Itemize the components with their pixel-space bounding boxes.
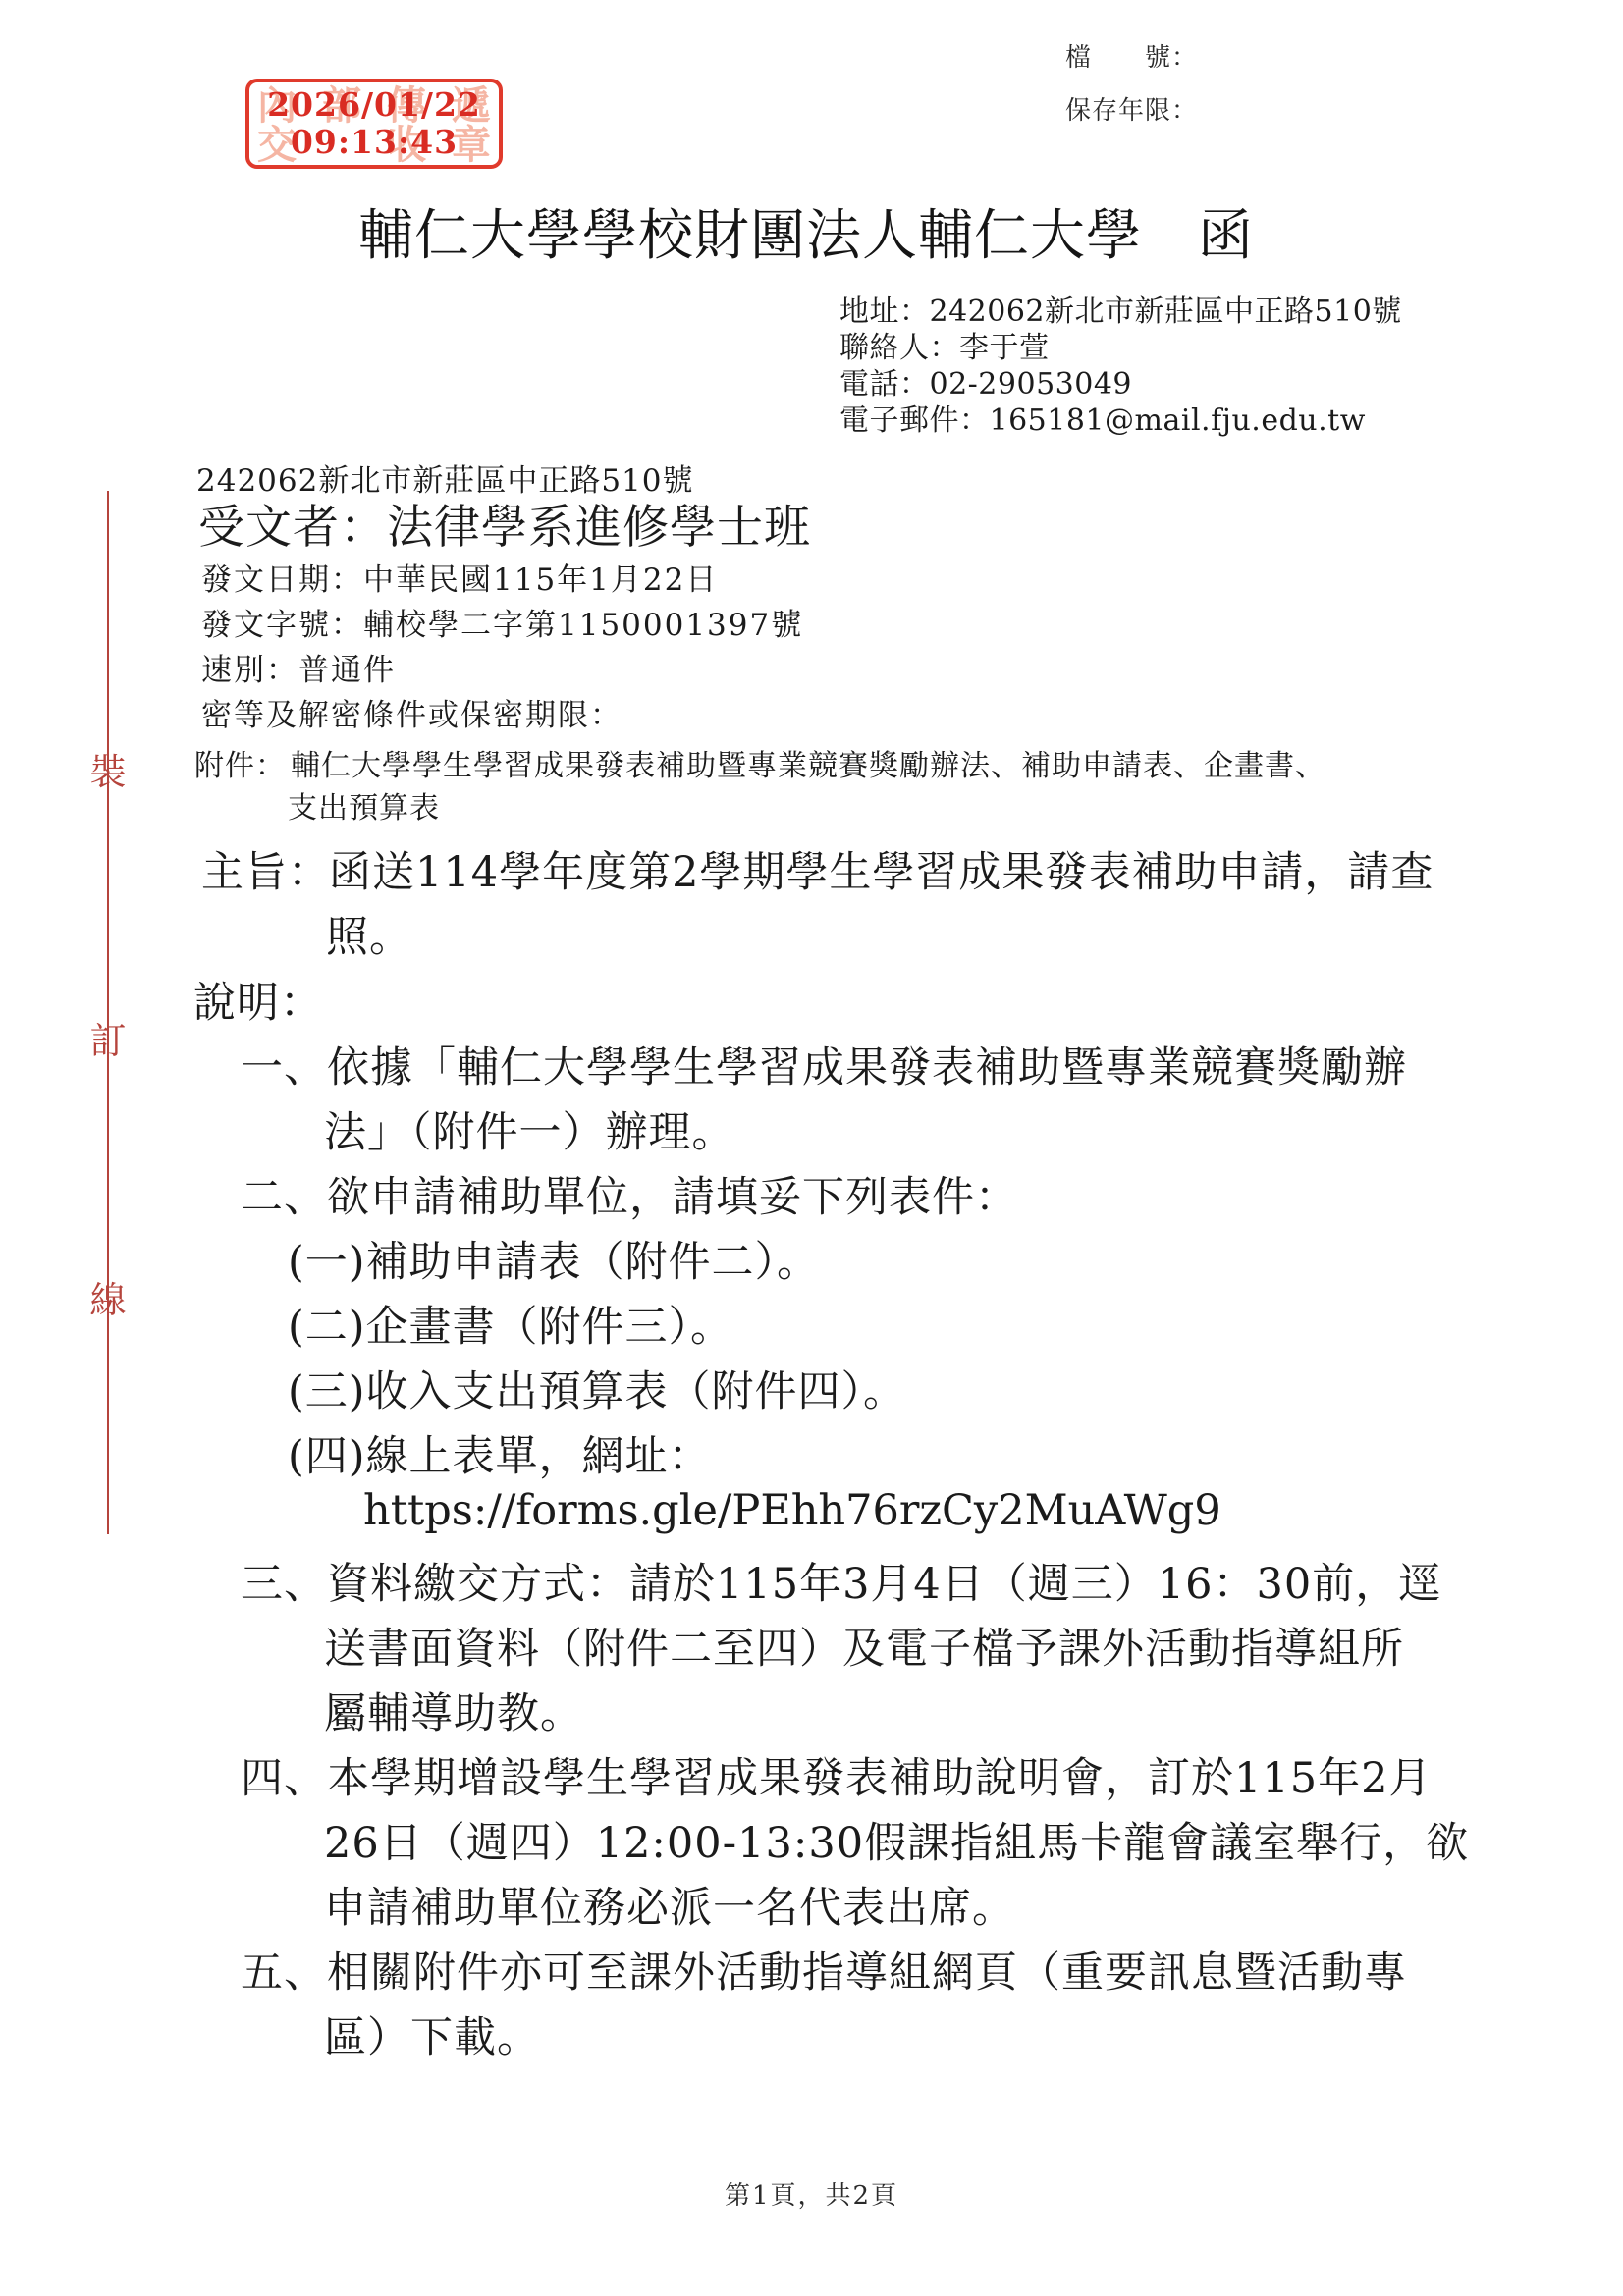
item-2-sub-3: (三)收入支出預算表（附件四）。 <box>288 1359 906 1418</box>
received-date-stamp: 內 部 傳 遞 交 收 章 2026/01/22 09:13:43 <box>245 79 503 169</box>
subject-line2: 照。 <box>326 904 412 964</box>
item-2-line-1: 二、欲申請補助單位，請填妥下列表件： <box>241 1164 1018 1224</box>
binding-char-xian: 線 <box>88 1270 128 1323</box>
item-5-line-2: 區）下載。 <box>324 2004 540 2064</box>
attachment-label: 附件： <box>194 741 286 784</box>
item-4-line-3: 申請補助單位務必派一名代表出席。 <box>324 1875 1015 1935</box>
official-letter-page: 檔 號： 保存年限： 內 部 傳 遞 交 收 章 2026/01/22 09:1… <box>0 0 1623 2296</box>
item-4-line-2: 26日（週四）12:00-13:30假課指組馬卡龍會議室舉行，欲 <box>324 1810 1469 1870</box>
retention-period-label: 保存年限： <box>1065 90 1198 127</box>
attachment-list-line1: 輔仁大學學生學習成果發表補助暨專業競賽獎勵辦法、補助申請表、企畫書、 <box>291 741 1325 784</box>
explanation-label: 說明： <box>193 970 323 1030</box>
document-title: 輔仁大學學校財團法人輔仁大學 函 <box>358 192 1254 271</box>
item-3-line-2: 送書面資料（附件二至四）及電子檔予課外活動指導組所 <box>324 1616 1404 1676</box>
page-number: 第1頁，共2頁 <box>0 2175 1623 2212</box>
binding-char-ding: 訂 <box>88 1011 128 1064</box>
item-5-line-1: 五、相關附件亦可至課外活動指導組網頁（重要訊息暨活動專 <box>241 1940 1407 2000</box>
item-2-sub-4: (四)線上表單，網址： <box>288 1423 712 1483</box>
security-classification: 密等及解密條件或保密期限： <box>201 690 622 734</box>
item-4-line-1: 四、本學期增設學生學習成果發表補助說明會，訂於115年2月 <box>241 1745 1432 1805</box>
item-1-line-1: 一、依據「輔仁大學學生學習成果發表補助暨專業競賽獎勵辦 <box>241 1035 1407 1095</box>
item-1-line-2: 法」（附件一）辦理。 <box>324 1099 735 1159</box>
item-3-line-3: 屬輔導助教。 <box>324 1681 583 1740</box>
binding-char-zhuang: 裝 <box>88 742 128 795</box>
subject-line1: 函送114學年度第2學期學生學習成果發表補助申請，請查 <box>329 839 1434 899</box>
stamp-date: 2026/01/22 <box>267 86 481 124</box>
item-2-sub-1: (一)補助申請表（附件二）。 <box>288 1229 820 1289</box>
application-form-url: https://forms.gle/PEhh76rzCy2MuAWg9 <box>363 1486 1221 1535</box>
item-3-line-1: 三、資料繳交方式：請於115年3月4日（週三）16：30前，逕 <box>241 1551 1441 1611</box>
sender-email: 電子郵件：165181@mail.fju.edu.tw <box>839 396 1366 439</box>
file-number-label: 檔 號： <box>1065 37 1198 74</box>
subject-label: 主旨： <box>201 839 331 899</box>
delivery-speed: 速別：普通件 <box>201 645 396 689</box>
document-number: 發文字號：輔校學二字第1150001397號 <box>201 600 803 644</box>
recipient-name: 受文者：法律學系進修學士班 <box>198 491 811 557</box>
stamp-time: 09:13:43 <box>267 124 481 161</box>
item-2-sub-2: (二)企畫書（附件三）。 <box>288 1294 733 1354</box>
attachment-list-line2: 支出預算表 <box>288 783 440 827</box>
issue-date: 發文日期：中華民國115年1月22日 <box>201 555 718 599</box>
